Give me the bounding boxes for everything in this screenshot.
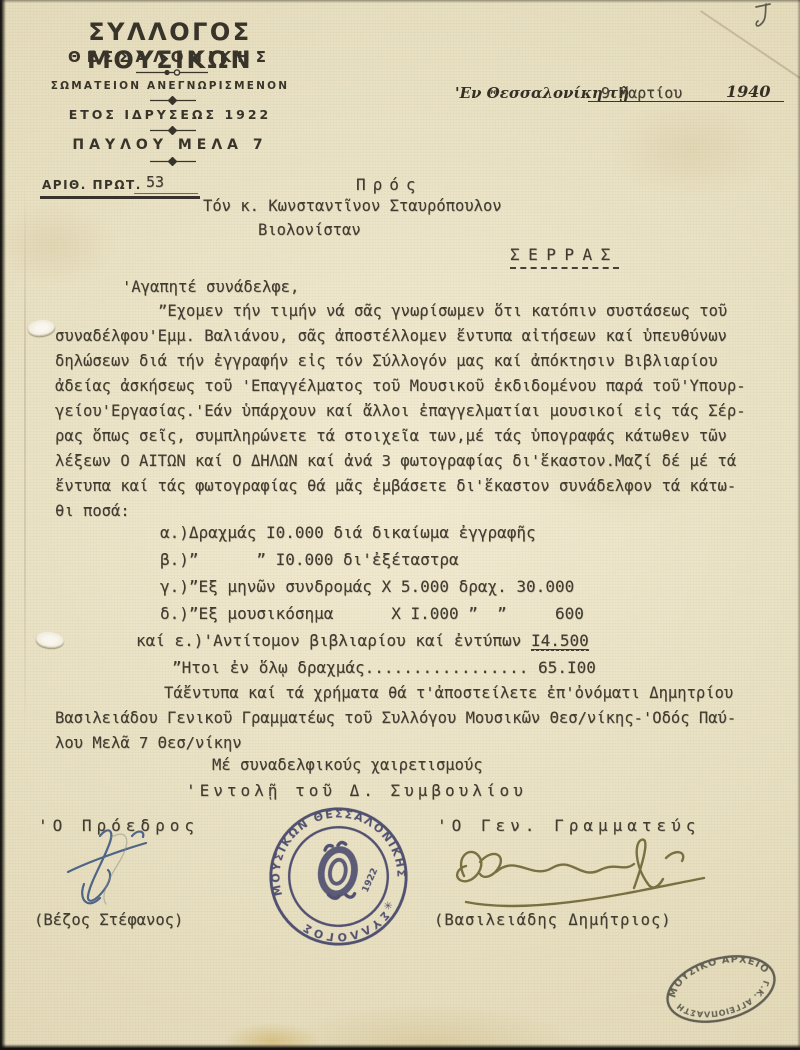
paper-chip [35,631,64,649]
body-line: ”Εχομεν τήν τιμήν νά σᾶς γνωρίσωμεν ὅτι … [158,302,727,320]
letterhead-subtitle-city: ΘΕΣΣΑΛΟΝΙΚΗΣ [42,48,298,66]
dateline-typed-date: 9 Μαρτίου [601,84,682,102]
secretary-signature [436,830,721,922]
stamp-star-glyph: ✳ [383,899,394,913]
stamp-year: 1922 [360,866,380,894]
body-line: δηλώσεων διά τήν ἐγγραφήν εἰς τόν Σύλλογ… [55,352,718,370]
president-name: (Βέζος Στέφανος) [34,911,183,929]
divider-ornament [136,68,208,77]
signoff-greeting: Μέ συναδελφικούς χαιρετισμούς [212,756,483,774]
paper-chip [27,318,56,338]
fee-total-line: ”Ητοι ἐν ὅλῳ δραχμάς................. 65… [172,658,596,677]
body-line: γείου'Εργασίας.'Εάν ὑπάρχουν καί ἄλλοι ἐ… [55,402,746,420]
recipient-city: ΣΕΡΡΑΣ [510,245,619,269]
closing-line: λου Μελᾶ 7 Θεσ/νίκην [55,734,242,752]
secretary-name: (Βασιλειάδης Δημήτριος) [434,911,672,929]
divider-ornament [150,126,196,135]
body-line: θι ποσά: [55,502,130,520]
scan-edge-bottom [0,1044,800,1050]
protocol-number-label: ΑΡΙΘ. ΠΡΩΤ. [42,178,142,192]
president-signature [48,824,178,919]
body-line: συναδέλφου'Εμμ. Βαλιάνου, σᾶς ἀποστέλλομ… [55,327,727,345]
letterhead-association-type: ΣΩΜΑΤΕΙΟΝ ΑΝΕΓΝΩΡΙΣΜΕΝΟΝ [42,80,298,92]
association-round-stamp: ΜΟΥΣΙΚΩΝ ΘΕΣΣΑΛΟΝΙΚΗΣ ΣΥΛΛΟΓΟΣ ✳ 1922 [257,795,421,959]
scan-edge-left [0,0,6,1050]
body-line: ἀδείας ἀσκήσεως τοῦ 'Επαγγέλματος τοῦ Μο… [55,377,746,395]
closing-line: Τάἔντυπα καί τά χρήματα θά τ'ἀποστείλετε… [164,684,733,702]
protocol-number-value: 53 [146,173,164,191]
signoff-by-order: 'Εντολῇ τοῦ Δ. Συμβουλίου [186,781,527,800]
paper-crease-vertical [24,185,26,745]
fee-item-e-text: καί ε.)'Αντίτομον βιβλιαρίου καί ἐντύπων [136,631,531,650]
fee-total-amount: 65.Ι00 [538,658,596,677]
body-line: ρας ὅπως σεῖς, συμπληρώνετε τά στοιχεῖα … [55,427,727,445]
closing-line: Βασιλειάδου Γενικοῦ Γραμματέως τοῦ Συλλό… [55,709,736,727]
scan-edge-top [0,0,800,3]
recipient-to-label: Πρός [356,175,423,194]
fee-item-c: γ.)”Εξ μηνῶν συνδρομάς Χ 5.000 δραχ. 30.… [160,577,574,596]
dateline-year: 1940 [726,82,771,101]
fee-item-d: δ.)”Εξ μουσικόσημα Χ Ι.000 ” ” 600 [160,604,584,623]
salutation-line: 'Αγαπητέ συνάδελφε, [122,278,299,296]
divider-ornament [150,96,196,105]
scanned-letter: ΣΥΛΛΟΓΟΣ ΜΟΥΣΙΚΩΝ ΘΕΣΣΑΛΟΝΙΚΗΣ ΣΩΜΑΤΕΙΟΝ… [0,0,800,1050]
fee-item-b: β.)” ” Ι0.000 δι'ἐξέταστρα [160,550,459,569]
dateline-underline [588,101,784,102]
protocol-thin-rule [134,193,198,194]
recipient-name: Τόν κ. Κωνσταντῖνον Σταυρόπουλον [203,197,502,215]
handwritten-corner-mark [752,2,778,36]
letterhead-street-address: ΠΑΥΛΟΥ ΜΕΛΑ 7 [42,137,298,153]
letterhead-founded-year: ΕΤΟΣ ΙΔΡΥΣΕΩΣ 1922 [42,107,298,122]
protocol-thick-rule [40,196,200,199]
fee-item-a: α.)Δραχμάς Ι0.000 διά δικαίωμα ἐγγραφῆς [160,523,536,542]
fee-item-e: καί ε.)'Αντίτομον βιβλιαρίου καί ἐντύπων… [136,631,589,650]
fee-total-text: ”Ητοι ἐν ὅλῳ δραχμάς................. [172,658,538,677]
recipient-profession: Βιολονίσταν [258,221,361,239]
divider-ornament [150,157,196,166]
body-line: ἔντυπα καί τάς φωτογραφίας θά μᾶς ἐμβάσε… [55,477,736,495]
body-line: λέξεων Ο ΑΙΤΩΝ καί Ο ΔΗΛΩΝ καί ἀνά 3 φωτ… [55,452,736,470]
fee-item-e-amount: Ι4.500 [531,631,589,651]
lyre-icon [312,840,364,901]
archive-oval-stamp: ΜΟΥΣΙΚΟ ΑΡΧΕΙΟ Γ.Κ. ΑΓΓΕΙΟΠΛΑΣΤΗ [641,929,800,1049]
